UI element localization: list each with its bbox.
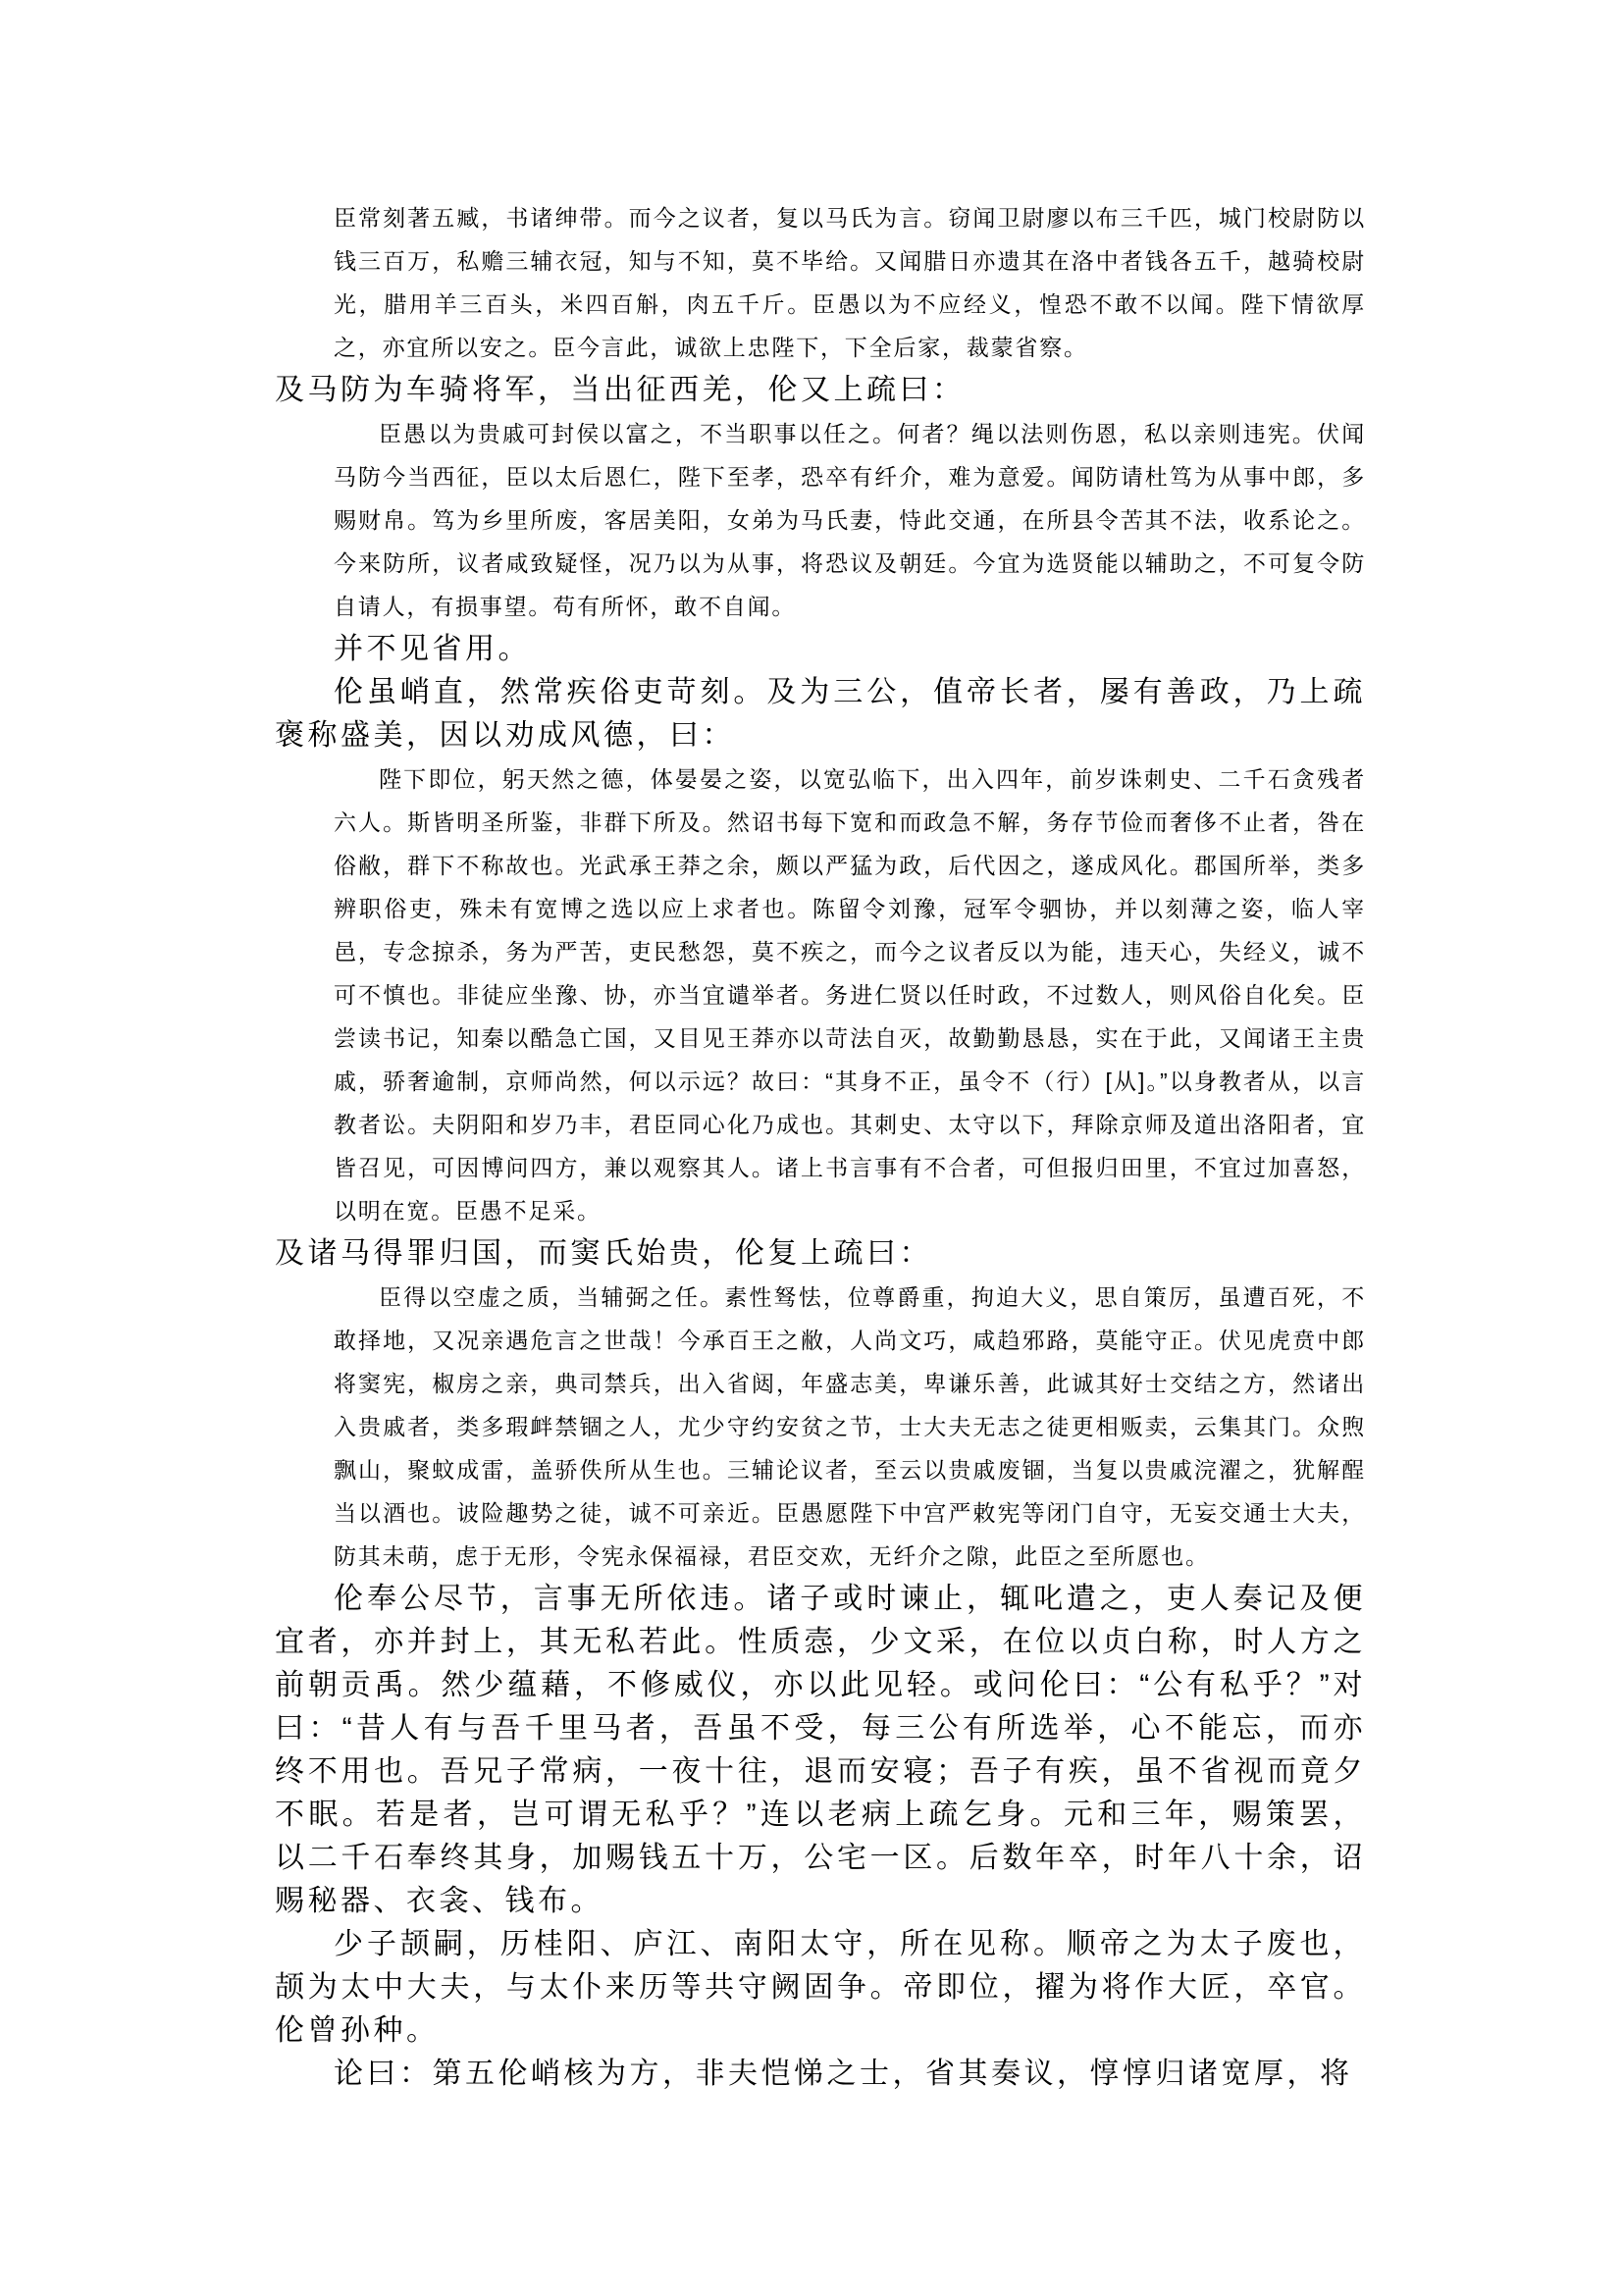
body-paragraph: 伦奉公尽节，言事无所依违。诸子或时谏止，辄叱遣之，吏人奏记及便宜者，亦并封上，其…	[275, 1578, 1366, 1923]
memorial-quote-block: 陛下即位，躬天然之德，体晏晏之姿，以宽弘临下，出入四年，前岁诛刺史、二千石贪残者…	[334, 757, 1366, 1232]
body-paragraph: 论曰：第五伦峭核为方，非夫恺悌之士，省其奏议，惇惇归诸宽厚，将	[275, 2053, 1366, 2096]
document-page: 臣常刻著五臧，书诸绅带。而今之议者，复以马氏为言。窃闻卫尉廖以布三千匹，城门校尉…	[0, 0, 1624, 2294]
body-paragraph: 及马防为车骑将军，当出征西羌，伦又上疏曰：	[275, 369, 1366, 412]
memorial-quote-block: 臣愚以为贵戚可封侯以富之，不当职事以任之。何者？绳以法则伤恩，私以亲则违宪。伏闻…	[334, 412, 1366, 628]
body-paragraph: 少子颉嗣，历桂阳、庐江、南阳太守，所在见称。顺帝之为太子废也，颉为太中大夫，与太…	[275, 1923, 1366, 2053]
body-paragraph: 伦虽峭直，然常疾俗吏苛刻。及为三公，值帝长者，屡有善政，乃上疏褒称盛美，因以劝成…	[275, 671, 1366, 757]
body-paragraph: 及诸马得罪归国，而窦氏始贵，伦复上疏曰：	[275, 1232, 1366, 1276]
memorial-quote-block: 臣得以空虚之质，当辅弼之任。素性驽怯，位尊爵重，拘迫大义，思自策厉，虽遭百死，不…	[334, 1276, 1366, 1578]
memorial-quote-block: 臣常刻著五臧，书诸绅带。而今之议者，复以马氏为言。窃闻卫尉廖以布三千匹，城门校尉…	[334, 196, 1366, 369]
body-paragraph: 并不见省用。	[275, 628, 1366, 671]
document-content: 臣常刻著五臧，书诸绅带。而今之议者，复以马氏为言。窃闻卫尉廖以布三千匹，城门校尉…	[275, 196, 1366, 2096]
